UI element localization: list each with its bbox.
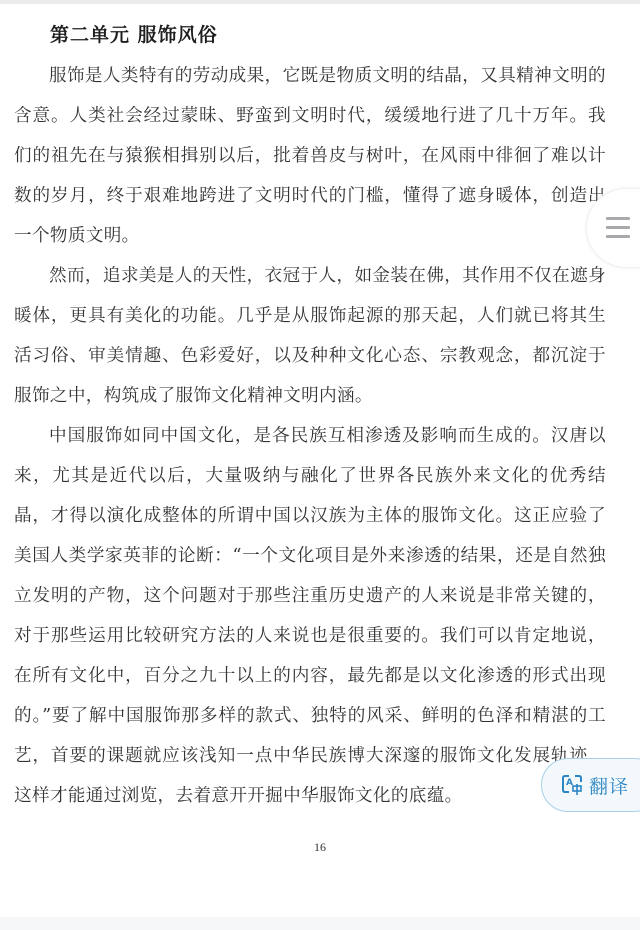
- translate-button[interactable]: A 翻译: [541, 758, 640, 812]
- paragraph-1: 服饰是人类特有的劳动成果，它既是物质文明的结晶，又具精神文明的含意。人类社会经过…: [14, 56, 606, 256]
- paragraph-3: 中国服饰如同中国文化，是各民族互相渗透及影响而生成的。汉唐以来，尤其是近代以后，…: [14, 416, 606, 816]
- page-number: 16: [0, 840, 640, 855]
- translate-label: 翻译: [589, 772, 629, 799]
- paragraph-2: 然而，追求美是人的天性，衣冠于人，如金装在佛，其作用不仅在遮身暖体，更具有美化的…: [14, 256, 606, 416]
- hamburger-menu-icon: [606, 217, 630, 239]
- translate-icon: A: [561, 774, 583, 796]
- bottom-edge: [0, 917, 640, 930]
- svg-text:A: A: [566, 778, 573, 788]
- unit-title: 第二单元 服饰风俗: [50, 20, 218, 47]
- body-text: 服饰是人类特有的劳动成果，它既是物质文明的结晶，又具精神文明的含意。人类社会经过…: [14, 56, 606, 816]
